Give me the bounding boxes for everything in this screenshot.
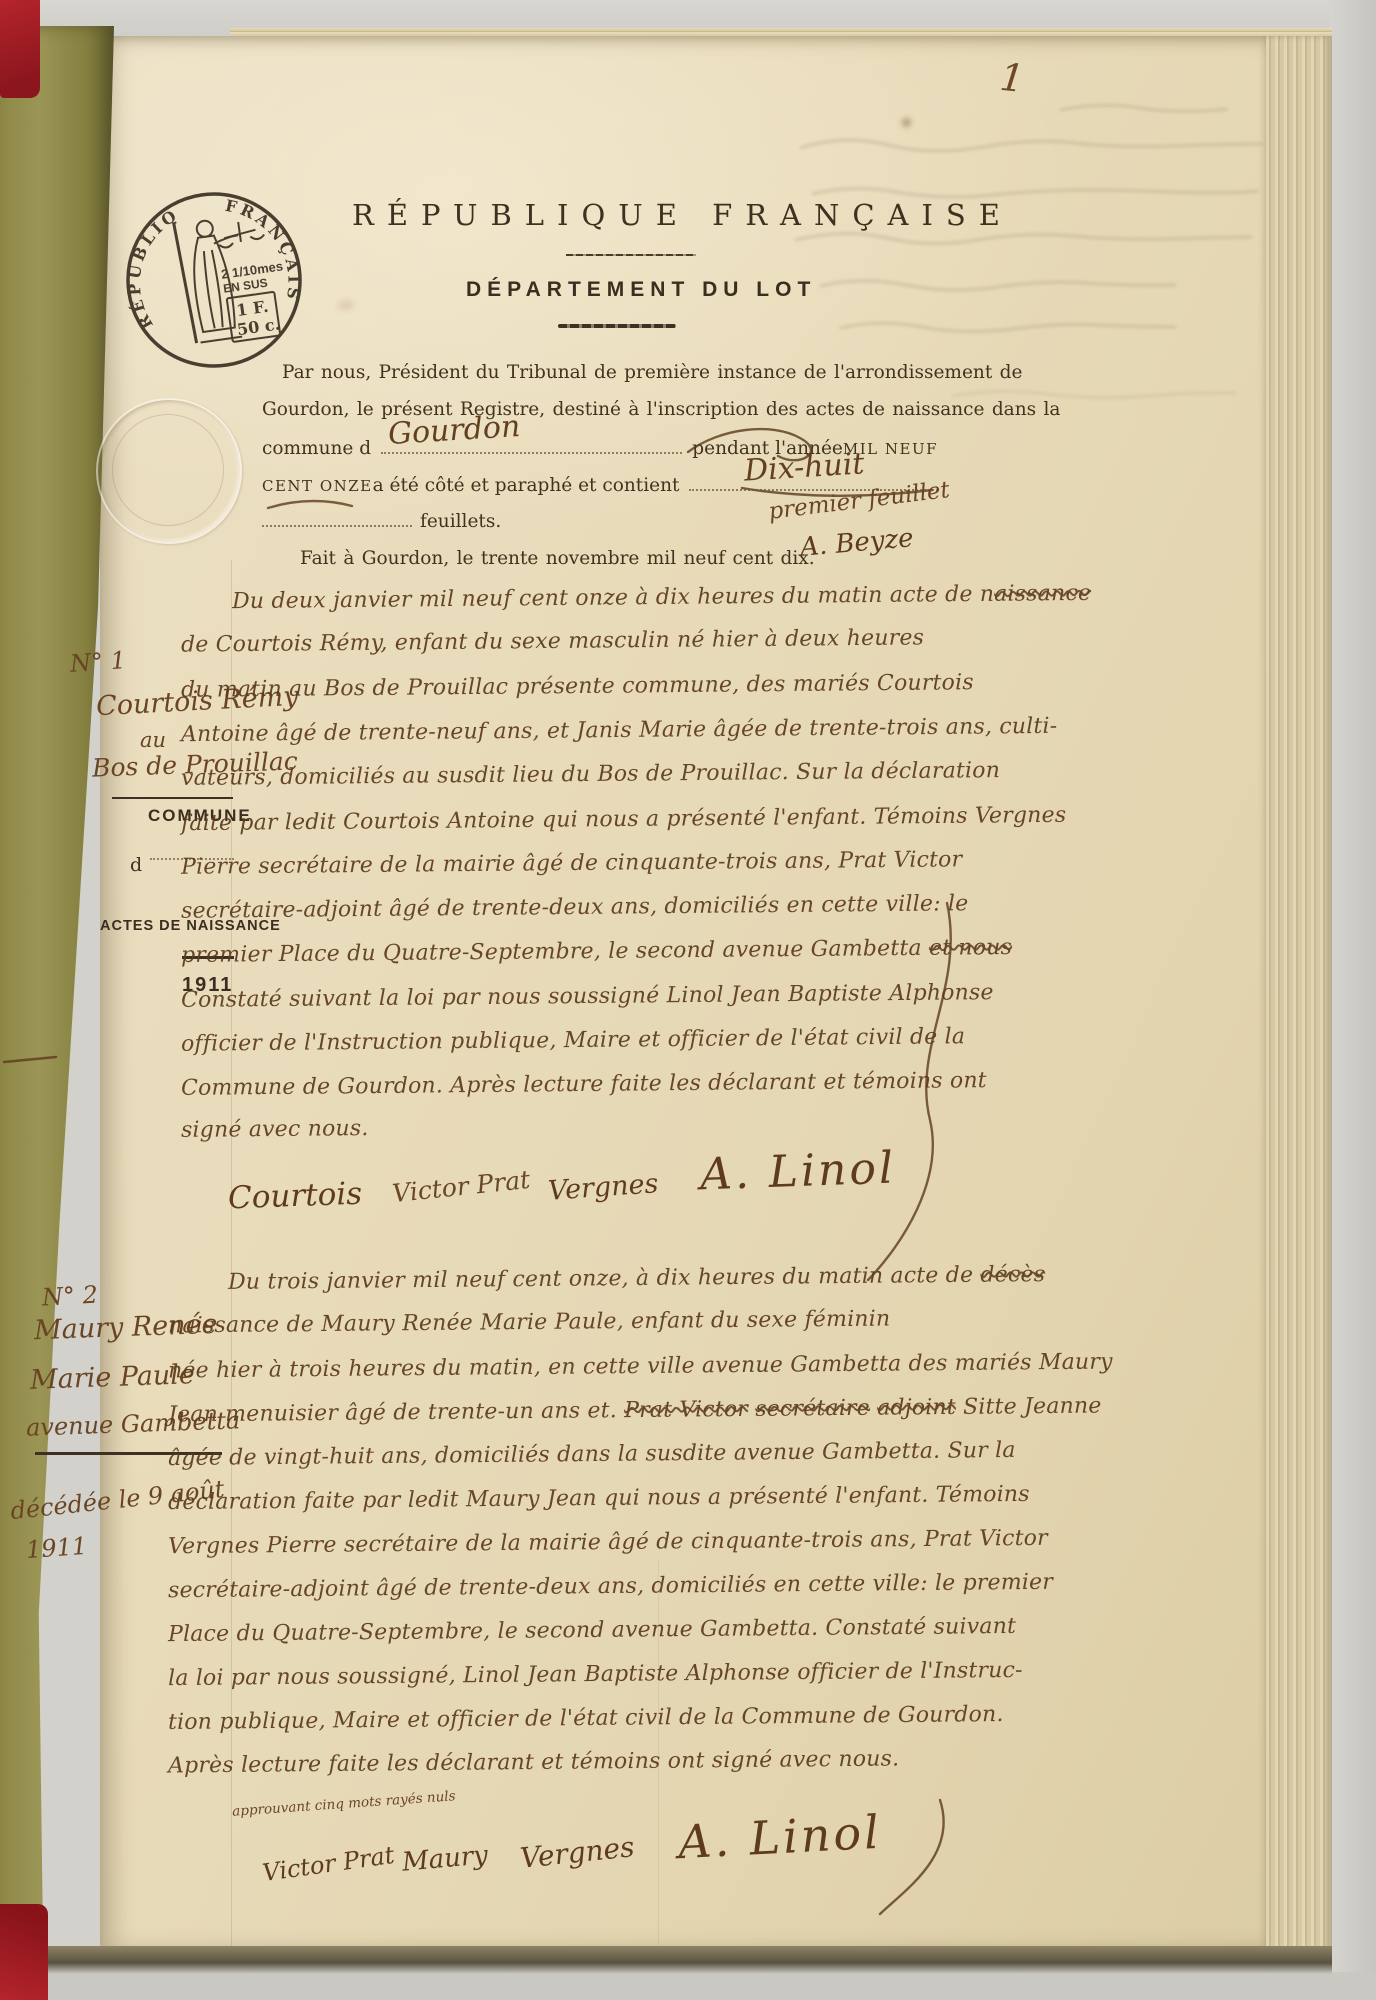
- stamp-ring: [117, 183, 311, 377]
- leading-blank: [262, 505, 412, 527]
- ink-spot: [902, 118, 911, 127]
- preamble-line-2: Gourdon, le présent Registre, destiné à …: [262, 399, 1060, 420]
- feuillets-count-handwriting: Dix-huit: [743, 446, 865, 488]
- signature-courtois: Courtois: [227, 1176, 362, 1217]
- manuscript-line: signé avec nous.: [181, 1116, 369, 1143]
- margin-rule-top: [112, 797, 233, 799]
- struck-text: adjoint: [877, 1395, 956, 1421]
- book-spine: [0, 26, 114, 1962]
- republic-title: RÉPUBLIQUE FRANÇAISE: [352, 198, 852, 232]
- contient-text: a été côté et paraphé et contient: [373, 475, 680, 496]
- commune-label: commune d: [262, 438, 371, 459]
- struck-text: aissance: [994, 581, 1091, 607]
- entry2-number: N° 2: [41, 1281, 98, 1312]
- feuillets-label: feuillets.: [420, 511, 501, 532]
- commune-d-label: d: [130, 854, 142, 876]
- stamp-values: 2 1/10mes EN SUS 1 F. 50 c.: [220, 258, 292, 342]
- header-divider-thin: [566, 254, 696, 256]
- embossed-seal: [96, 398, 242, 544]
- red-binding-top: [0, 0, 40, 98]
- page-edges-right: [1266, 36, 1332, 1966]
- struck-text: Prat Victor: [624, 1397, 748, 1423]
- dateline: Fait à Gourdon, le trente novembre mil n…: [300, 548, 815, 569]
- struck-text: secrétaire: [755, 1396, 870, 1422]
- background-surface-bottom: [0, 1972, 1376, 2000]
- entry2-death-year: 1911: [25, 1532, 88, 1564]
- paper-stain: [338, 300, 354, 310]
- cent-onze-text: CENT ONZE: [262, 477, 373, 495]
- header-divider-thick: [558, 324, 676, 328]
- manuscript-text: Jean menuisier âgé de trente-un ans et.: [168, 1398, 624, 1427]
- revenue-stamp: RÉPUBLIQUE FRANÇAISE 2 1/10mes EN SUS 1 …: [110, 176, 318, 384]
- background-surface-right: [1330, 0, 1376, 2000]
- embossed-seal-inner: [112, 414, 224, 526]
- manuscript-text: Sitte Jeanne: [956, 1394, 1102, 1420]
- struck-text: décès: [980, 1262, 1045, 1288]
- signature-linol-2: A. Linol: [677, 1805, 883, 1870]
- signature-linol-1: A. Linol: [699, 1143, 897, 1201]
- red-binding-bottom: [0, 1904, 48, 2000]
- scanned-register-page: { "page_number": "1", "header": { "repub…: [0, 0, 1376, 2000]
- manuscript-text: signé avec nous.: [181, 1116, 369, 1143]
- department-title: DÉPARTEMENT DU LOT: [466, 278, 816, 302]
- page-bottom-shadow: [40, 1946, 1332, 1974]
- preamble-line-5: feuillets.: [262, 505, 501, 532]
- struck-text: et nous: [929, 935, 1012, 961]
- entry1-number: N° 1: [69, 646, 127, 678]
- entry1-margin-au: au: [140, 728, 166, 752]
- folio-number: 1: [998, 55, 1027, 101]
- preamble-line-1: Par nous, Président du Tribunal de premi…: [282, 362, 1022, 383]
